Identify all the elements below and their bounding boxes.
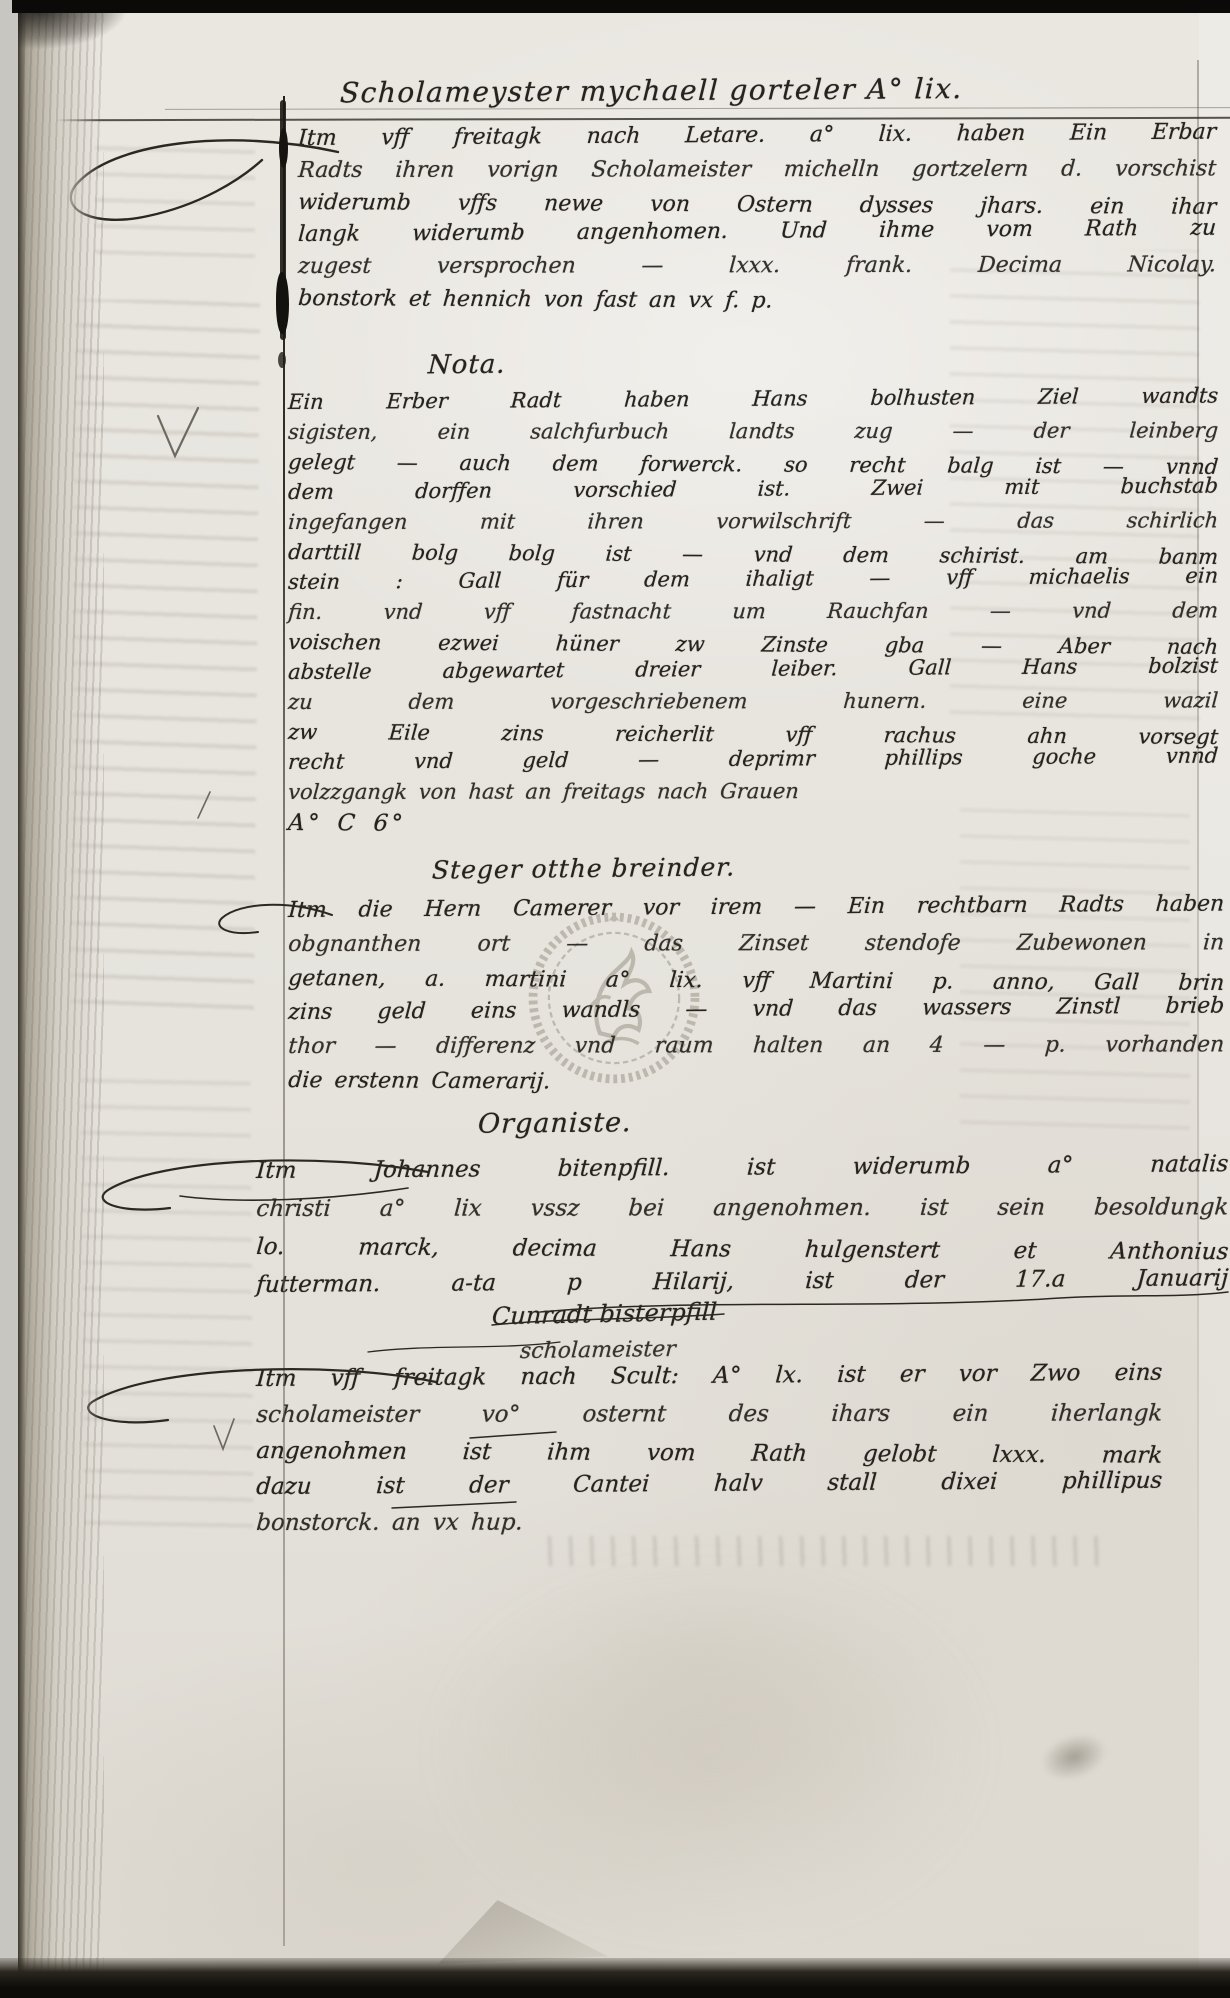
bleed-through-ghost	[95, 140, 255, 270]
ink-blot	[276, 272, 289, 334]
manuscript-line: A° C 6°	[287, 810, 1219, 845]
manuscript-line: obgnanthen ort — das Zinset stendofe Zub…	[287, 930, 1225, 966]
manuscript-line: scholameister vo° osternt des ihars ein …	[255, 1400, 1163, 1438]
margin-rule-line	[283, 96, 285, 1946]
nota-heading: Nota.	[427, 350, 506, 381]
manuscript-line: Itm vff freitagk nach Letare. a° lix. ha…	[297, 120, 1217, 158]
manuscript-line: futterman. a-ta p Hilarij, ist der 17.a …	[255, 1265, 1229, 1310]
manuscript-line: langk widerumb angenhomen. Und ihme vom …	[297, 216, 1217, 254]
steuer-heading: Steger otthe breinder.	[431, 852, 736, 884]
scan-edge-top	[12, 0, 1230, 13]
entry-final-paragraph: Itm vff freitagk nach Scult: A° lx. ist …	[256, 1366, 1162, 1546]
book-spine-line	[18, 0, 25, 1998]
paper-stain	[430, 1560, 990, 1940]
nota-paragraph: Ein Erber Radt haben Hans bolhusten Ziel…	[288, 390, 1218, 840]
manuscript-line: recht vnd geld — deprimr phillips goche …	[287, 744, 1219, 781]
manuscript-line: abstelle abgewartet dreier leiber. Gall …	[287, 654, 1219, 691]
manuscript-line: Ein Erber Radt haben Hans bolhusten Ziel…	[287, 384, 1219, 421]
manuscript-line: zu dem vorgeschriebenem hunern. eine waz…	[287, 688, 1219, 720]
entry-first-paragraph: Itm vff freitagk nach Letare. a° lix. ha…	[298, 126, 1216, 318]
manuscript-scan: Scholameyster mychaell gorteler A° lix. …	[0, 0, 1230, 1998]
manuscript-line: die erstenn Camerarij.	[287, 1068, 1226, 1107]
manuscript-line: bonstork et hennich von fast an vx f. p.	[297, 286, 1217, 323]
manuscript-line: dazu ist der Cantei halv stall dixei phi…	[255, 1468, 1163, 1510]
ink-blot	[278, 352, 286, 368]
manuscript-line: sigisten, ein salchfurbuch landts zug — …	[287, 418, 1219, 450]
manuscript-line: dem dorffen vorschied ist. Zwei mit buch…	[287, 474, 1219, 511]
organiste-heading: Organiste.	[477, 1107, 632, 1140]
manuscript-line: thor — differenz vnd raum halten an 4 — …	[287, 1032, 1225, 1068]
manuscript-line: bonstorck. an vx hup.	[255, 1508, 1163, 1546]
bleed-through-ghost	[80, 1059, 253, 1540]
manuscript-line: christi a° lix vssz bei angenohmen. ist …	[255, 1194, 1230, 1234]
organiste-paragraph: Itm Johannes bitenpfill. ist widerumb a°…	[256, 1158, 1228, 1310]
manuscript-line: volzzgangk von hast an freitags nach Gra…	[287, 778, 1219, 810]
scan-corner-shadow	[18, 8, 148, 78]
steuer-paragraph: Itm die Hern Camerer vor irem — Ein rech…	[288, 898, 1224, 1102]
manuscript-line: Itm die Hern Camerer vor irem — Ein rech…	[287, 891, 1225, 932]
manuscript-line: Itm vff freitagk nach Scult: A° lx. ist …	[255, 1360, 1163, 1402]
book-binding-edge	[18, 0, 104, 1998]
manuscript-line: zugest versprochen — lxxx. frank. Decima…	[297, 252, 1217, 286]
crossed-note-title: scholameister	[519, 1337, 676, 1364]
manuscript-line: Itm Johannes bitenpfill. ist widerumb a°…	[255, 1151, 1229, 1196]
manuscript-line: stein : Gall für dem ihaligt — vff micha…	[287, 564, 1219, 601]
manuscript-line: zins geld eins wandls — vnd das wassers …	[287, 993, 1225, 1034]
manuscript-line: ingefangen mit ihren vorwilschrift — das…	[287, 508, 1219, 540]
page-title: Scholameyster mychaell gorteler A° lix.	[339, 72, 1020, 110]
ink-blot	[279, 128, 288, 168]
manuscript-line: Radts ihren vorign Scholameister michell…	[297, 156, 1217, 190]
manuscript-line: fin. vnd vff fastnacht um Rauchfan — vnd…	[287, 598, 1219, 630]
book-edge-bottom	[0, 1958, 1230, 1998]
crossed-note-name: Cunradt bisterpfill	[491, 1298, 717, 1331]
